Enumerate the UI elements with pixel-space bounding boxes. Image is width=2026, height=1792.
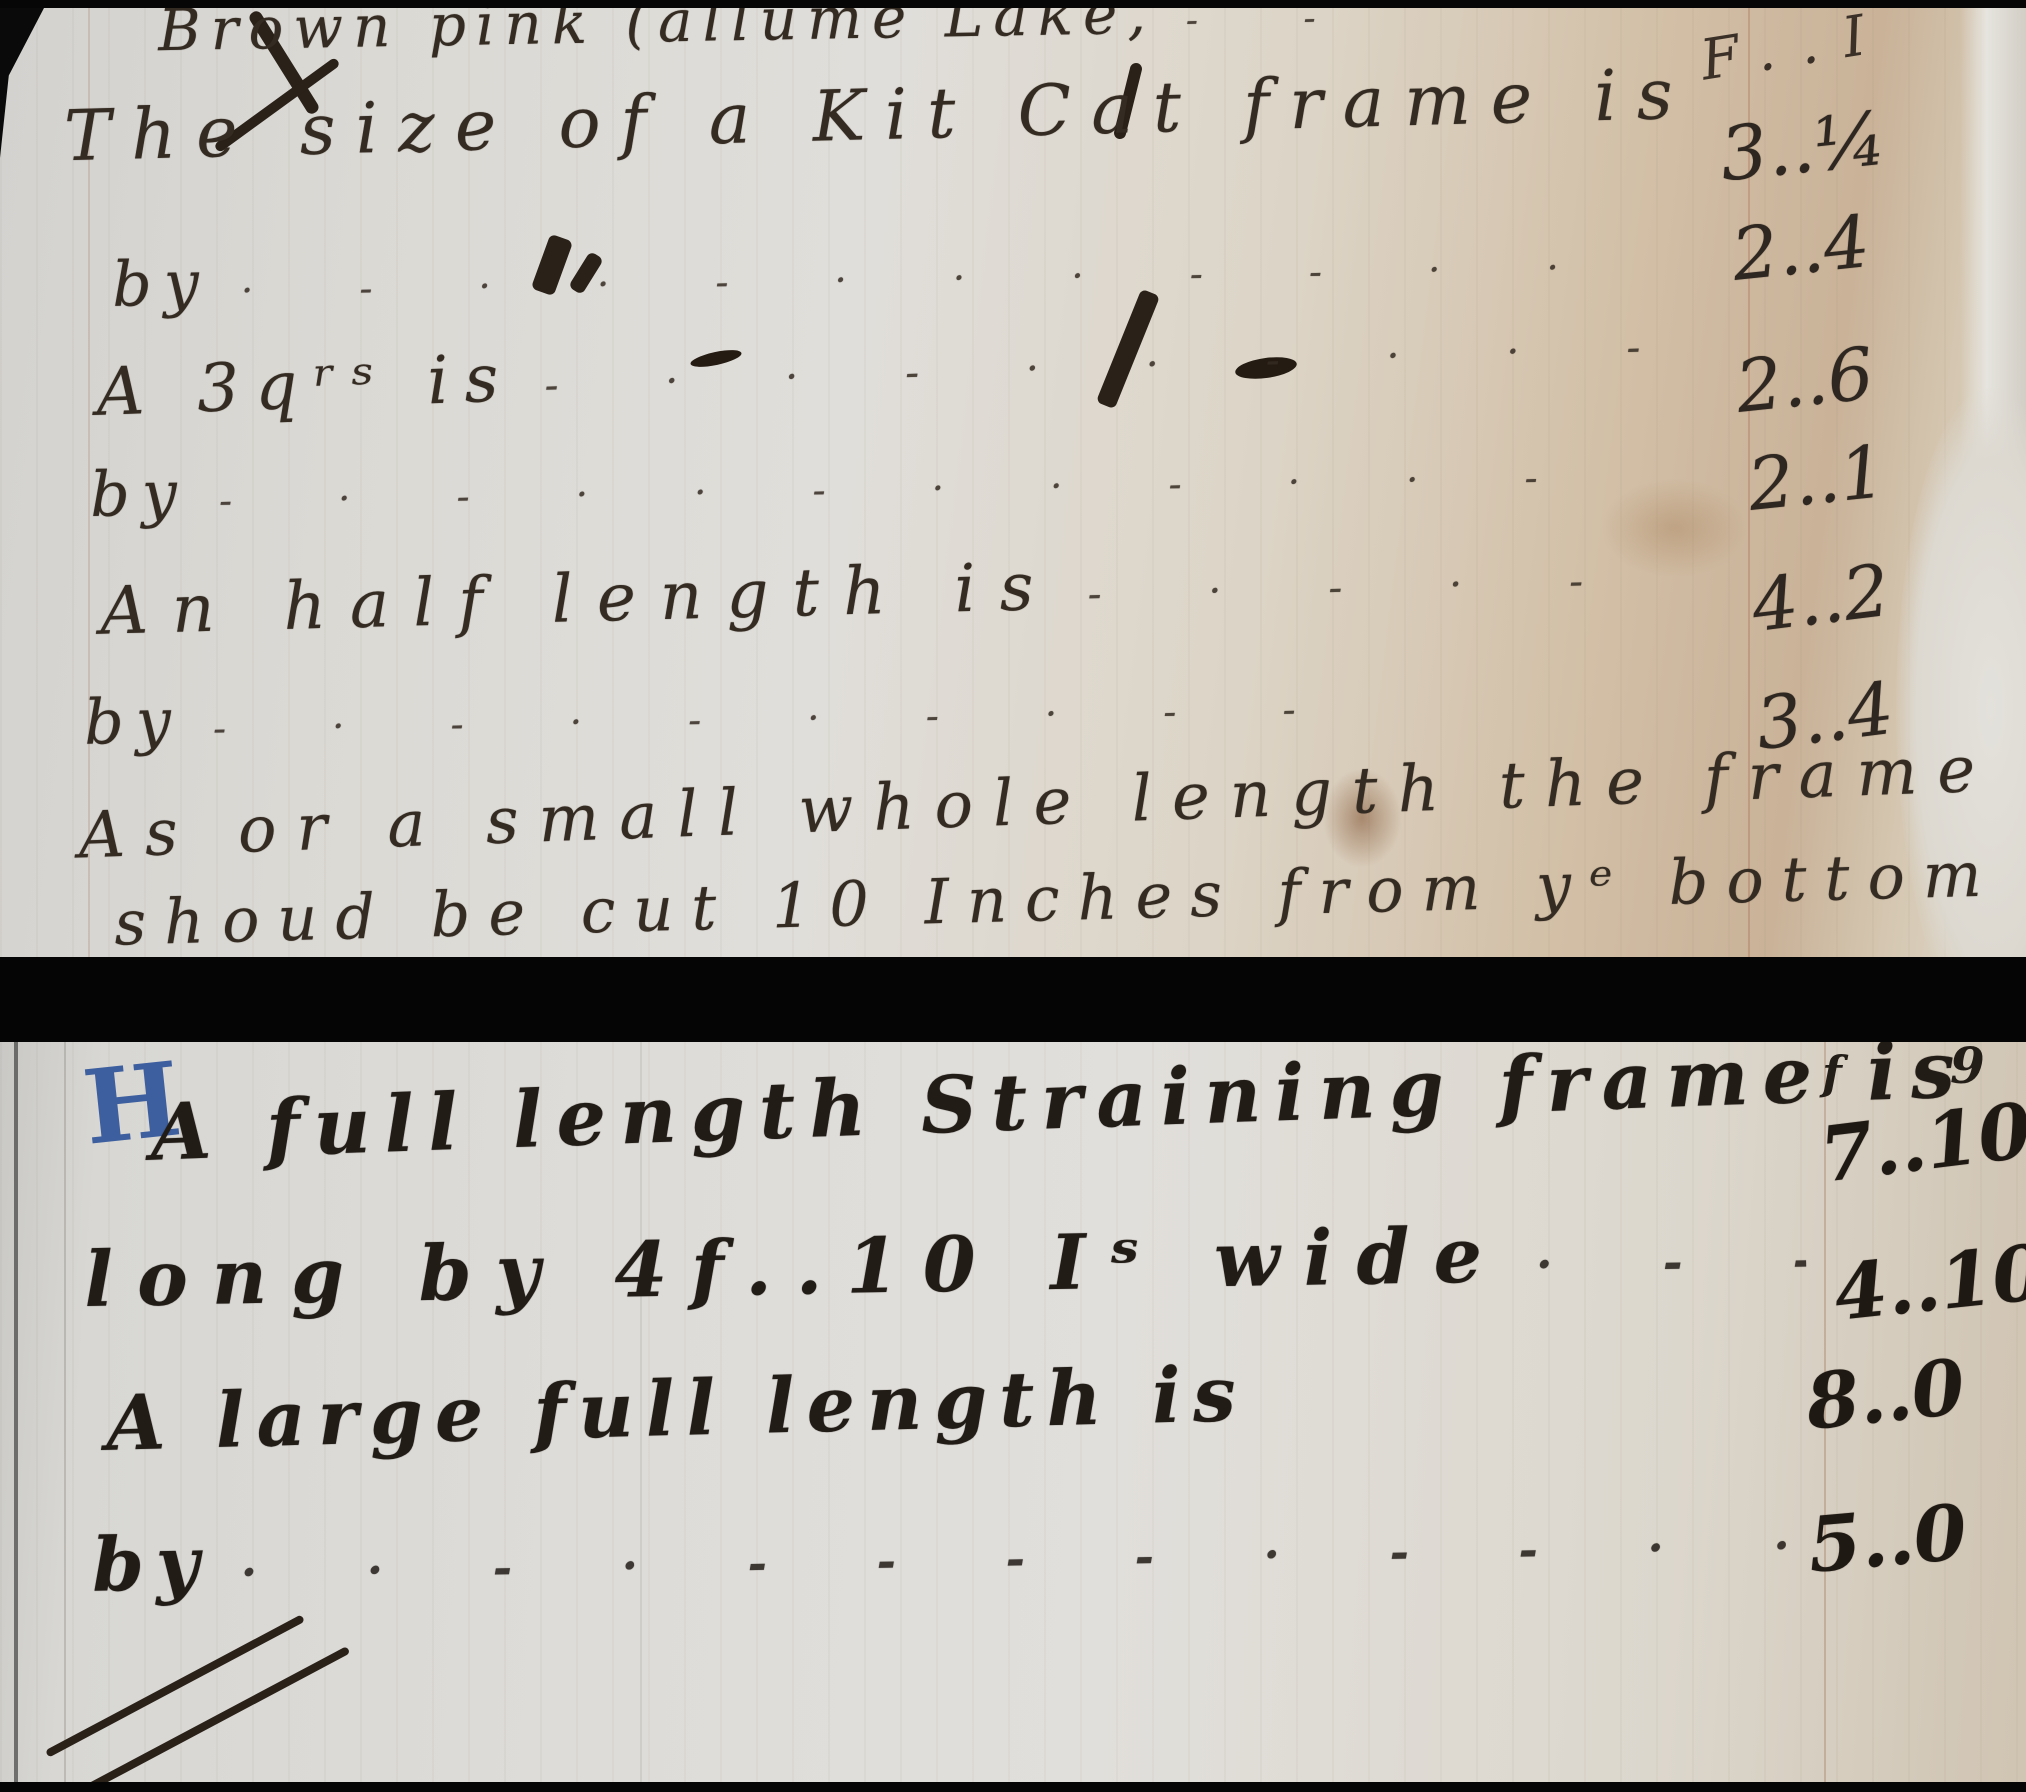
dash-leader: ——	[1247, 1376, 1278, 1432]
top-page-fragment: F..I Brown pink (allume Lake, - - - - - …	[0, 8, 2026, 957]
dash-leader: · - · · - · · · - - · ·	[211, 243, 1697, 314]
photo-bottom-edge	[0, 1782, 2026, 1792]
line-label: A 3qʳˢ is	[95, 339, 515, 431]
dash-leader: - · - · · - · · - · · -	[189, 453, 1697, 524]
line-label: by	[111, 246, 211, 321]
manuscript-photo: F..I Brown pink (allume Lake, - - - - - …	[0, 0, 2026, 1792]
margin-rule-line	[64, 1042, 66, 1782]
value-feet-inches: 4..2	[1747, 548, 1894, 648]
dash-leader: · · - · - - - - · - - · ·	[211, 1518, 1787, 1599]
line-label: by	[89, 456, 189, 531]
line-label: The size of a Kit Cat frame is	[63, 53, 1693, 178]
manuscript-line: A large full length is ——	[105, 1349, 1247, 1468]
bottom-page-fragment: H A full length Straining frame is long …	[0, 1042, 2026, 1782]
value-feet-inches: 3..¼	[1716, 96, 1890, 199]
line-label: Brown pink (allume Lake,	[157, 8, 1156, 64]
divider-band	[0, 957, 2026, 1042]
superscript-inches-mark: 9	[1950, 1042, 1985, 1095]
line-label: by	[83, 684, 183, 759]
manuscript-line: Brown pink (allume Lake, - - - - -	[157, 8, 1326, 64]
manuscript-line: A 3qʳˢ is - · · - · · - · · - ·	[95, 298, 1697, 431]
manuscript-line: long by 4f..10 Iˢ wide · - - · - · - · -	[83, 1205, 1806, 1324]
line-label: A large full length is	[105, 1349, 1249, 1468]
value-feet-inches: 4..10	[1830, 1227, 2026, 1338]
manuscript-line: A full length Straining frame is	[149, 1042, 1970, 1179]
feet-inches-header: F..I	[1696, 8, 1896, 94]
manuscript-line: An half length is - · - · - · - - - · -	[99, 531, 1686, 649]
manuscript-line: by - · - · · - · · - · · -	[89, 430, 1696, 531]
line-label: by	[91, 1521, 211, 1609]
line-label: long by 4f..10 Iˢ wide	[83, 1210, 1506, 1324]
value-feet-inches: 2..6	[1732, 331, 1877, 429]
value-feet-inches: 5..0	[1804, 1487, 1970, 1589]
dash-leader: - · - · - · - · - -	[183, 681, 1657, 752]
value-feet-inches: 2..1	[1744, 429, 1889, 527]
dash-leader: - · - · - · - - - · -	[1057, 554, 1687, 618]
value-feet-inches: 3..4	[1751, 666, 1898, 766]
dash-leader: · - - · - · - · -	[1506, 1233, 1807, 1293]
superscript-feet-mark: f	[1822, 1046, 1842, 1100]
manuscript-line: by · · - · - - - - · - - · ·	[91, 1493, 1786, 1609]
manuscript-line: by - · - · - · - · - -	[83, 658, 1656, 758]
value-feet-inches: 2..4	[1728, 199, 1873, 297]
manuscript-line: The size of a Kit Cat frame is	[63, 53, 1693, 178]
page-edge-line	[14, 1042, 18, 1782]
photo-corner-shadow	[0, 8, 44, 158]
line-label: A full length Straining frame is	[149, 1042, 1970, 1179]
value-feet-inches: 8..0	[1802, 1342, 1969, 1447]
line-label: An half length is	[99, 548, 1058, 650]
dash-leader: - - - - -	[1155, 8, 1326, 42]
